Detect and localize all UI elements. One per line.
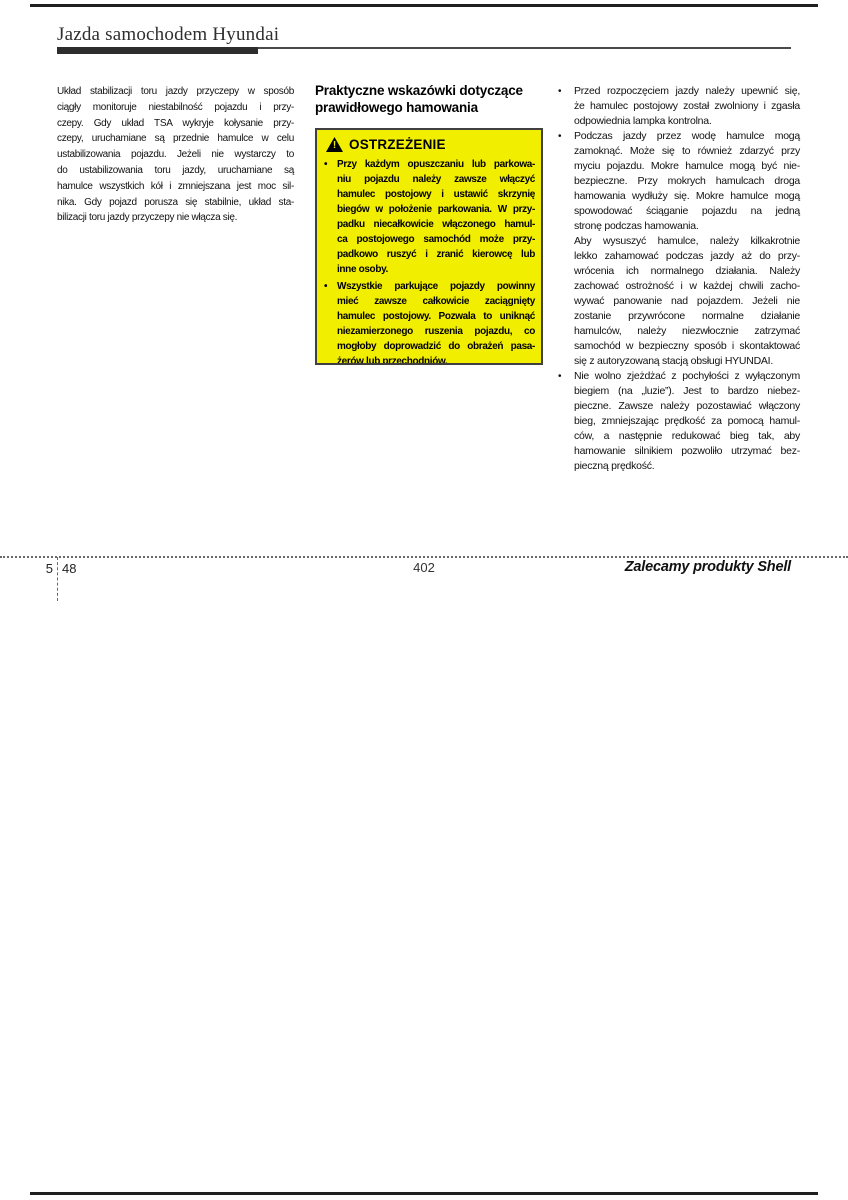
text-line: hamowanie silnikiem pozwoliło utrzymać b… bbox=[574, 444, 800, 459]
text-line: Aby wysuszyć hamulce, należy kilkakrotni… bbox=[574, 234, 800, 249]
item-text: Wszystkie parkujące pojazdy powinnymieć … bbox=[337, 279, 535, 365]
text-line: czepy. Gdy układ TSA wykryje kołysanie p… bbox=[57, 116, 294, 132]
text-line: bieg, zmniejszając prędkość za pomocą ha… bbox=[574, 414, 800, 429]
text-line: ciągły monitoruje niestabilność pojazdu … bbox=[57, 100, 294, 116]
text-line: ców, a następnie redukować bieg tak, aby bbox=[574, 429, 800, 444]
text-line: niu pojazdu należy zawsze włączyć bbox=[337, 172, 535, 187]
text-line: Nie wolno zjeżdżać z pochyłości z wyłącz… bbox=[574, 369, 800, 384]
text-line: czepy, uruchamiane są przednie hamulce w… bbox=[57, 131, 294, 147]
text-line: Praktyczne wskazówki dotyczące bbox=[315, 82, 543, 99]
text-line: wrócenia ich normalnego działania. Należ… bbox=[574, 264, 800, 279]
warning-title-row: ! OSTRZEŻENIE bbox=[326, 137, 535, 152]
right-text-column: •Przed rozpoczęciem jazdy należy upewnić… bbox=[558, 84, 800, 474]
item-text: Podczas jazdy przez wodę hamulce mogązam… bbox=[574, 129, 800, 234]
warning-title: OSTRZEŻENIE bbox=[349, 137, 446, 152]
bullet-icon: • bbox=[558, 129, 574, 234]
text-line: samochód w bezpieczny sposób i skontakto… bbox=[574, 339, 800, 354]
header-thick-rule bbox=[57, 47, 258, 54]
bullet-list-item: •Podczas jazdy przez wodę hamulce mogąza… bbox=[558, 129, 800, 234]
text-line: zamoknąć. Może się to również zdarzyć pr… bbox=[574, 144, 800, 159]
exclamation-glyph: ! bbox=[326, 139, 343, 152]
text-line: Przed rozpoczęciem jazdy należy upewnić … bbox=[574, 84, 800, 99]
text-line: żerów lub przechodniów. bbox=[337, 354, 535, 365]
text-line: że hamulec postojowy został zwolniony i … bbox=[574, 99, 800, 114]
bottom-border-rule bbox=[30, 1192, 818, 1195]
text-line: padku niecałkowicie włączonego hamul- bbox=[337, 217, 535, 232]
text-line: pieczne. Zawsze należy pozostawiać włącz… bbox=[574, 399, 800, 414]
text-line: spowodować ściąganie pojazdu na jedną bbox=[574, 204, 800, 219]
warning-box: ! OSTRZEŻENIE •Przy każdym opuszczaniu l… bbox=[315, 128, 543, 365]
text-line: biegów w położenie parkowania. W przy- bbox=[337, 202, 535, 217]
text-line: bilizacji toru jazdy przyczepy nie włącz… bbox=[57, 210, 294, 226]
bullet-icon: • bbox=[558, 369, 574, 474]
text-line: biegiem (na „luzie”). Jest to bardzo nie… bbox=[574, 384, 800, 399]
text-line: lekko zahamować podczas jazdy aż do przy… bbox=[574, 249, 800, 264]
text-line: Układ stabilizacji toru jazdy przyczepy … bbox=[57, 84, 294, 100]
section-heading: Praktyczne wskazówki dotycząceprawidłowe… bbox=[315, 82, 543, 116]
bullet-spacer bbox=[558, 234, 574, 369]
bullet-list-item: •Wszystkie parkujące pojazdy powinnymieć… bbox=[324, 279, 535, 365]
footer-dotted-rule bbox=[0, 556, 848, 558]
item-text: Aby wysuszyć hamulce, należy kilkakrotni… bbox=[574, 234, 800, 369]
text-line: pieczną prędkość. bbox=[574, 459, 800, 474]
item-text: Nie wolno zjeżdżać z pochyłości z wyłącz… bbox=[574, 369, 800, 474]
text-line: hamulce wszystkich kół i zmniejszana jes… bbox=[57, 179, 294, 195]
text-line: inne osoby. bbox=[337, 262, 535, 277]
text-line: zostanie przywrócone normalne działanie bbox=[574, 309, 800, 324]
text-line: odpowiednia lampka kontrolna. bbox=[574, 114, 800, 129]
text-line: bezpieczne. Przy mokrych hamulcach droga bbox=[574, 174, 800, 189]
text-line: hamulców, należy niezwłocznie zatrzymać bbox=[574, 324, 800, 339]
text-line: hamulec postojowy. Pozwala to uniknąć bbox=[337, 309, 535, 324]
text-line: nika. Gdy pojazd porusza się stabilnie, … bbox=[57, 195, 294, 211]
text-line: niezamierzonego ruszenia pojazdu, co bbox=[337, 324, 535, 339]
top-border-rule bbox=[30, 4, 818, 7]
warning-bullet-list: •Przy każdym opuszczaniu lub parkowa-niu… bbox=[324, 157, 535, 365]
bullet-icon: • bbox=[324, 157, 337, 277]
text-line: mieć zawsze całkowicie zaciągnięty bbox=[337, 294, 535, 309]
text-line: zachować ostrożność i w każdej chwili za… bbox=[574, 279, 800, 294]
bullet-list-item: •Nie wolno zjeżdżać z pochyłości z wyłąc… bbox=[558, 369, 800, 474]
text-line: Wszystkie parkujące pojazdy powinny bbox=[337, 279, 535, 294]
paragraph-item: Aby wysuszyć hamulce, należy kilkakrotni… bbox=[558, 234, 800, 369]
footer-slogan: Zalecamy produkty Shell bbox=[625, 559, 791, 575]
page-header-title: Jazda samochodem Hyundai bbox=[57, 24, 557, 46]
item-text: Przy każdym opuszczaniu lub parkowa-niu … bbox=[337, 157, 535, 277]
text-line: padkowo ruszyć i zranić kierowcę lub bbox=[337, 247, 535, 262]
item-text: Przed rozpoczęciem jazdy należy upewnić … bbox=[574, 84, 800, 129]
text-line: się z autoryzowaną stacją obsługi HYUNDA… bbox=[574, 354, 800, 369]
text-line: prawidłowego hamowania bbox=[315, 99, 543, 116]
bullet-icon: • bbox=[324, 279, 337, 365]
manual-page: Jazda samochodem Hyundai Układ stabiliza… bbox=[0, 0, 848, 1200]
warning-triangle-icon: ! bbox=[326, 137, 343, 152]
text-line: do ustabilizowania toru jazdy, uruchamia… bbox=[57, 163, 294, 179]
text-line: hamulec postojowy i ustawić skrzynię bbox=[337, 187, 535, 202]
text-line: ustabilizowania pojazdu. Jeżeli nie wyst… bbox=[57, 147, 294, 163]
text-line: wywać panowanie nad pojazdem. Jeżeli nie bbox=[574, 294, 800, 309]
text-line: stronę podczas hamowania. bbox=[574, 219, 800, 234]
bullet-list-item: •Przed rozpoczęciem jazdy należy upewnić… bbox=[558, 84, 800, 129]
text-line: hamowania wydłuży się. Mokre hamulce mog… bbox=[574, 189, 800, 204]
left-text-column: Układ stabilizacji toru jazdy przyczepy … bbox=[57, 84, 294, 226]
text-line: myciu pojazdu. Mokre hamulce mogą być ni… bbox=[574, 159, 800, 174]
bullet-icon: • bbox=[558, 84, 574, 129]
text-line: Podczas jazdy przez wodę hamulce mogą bbox=[574, 129, 800, 144]
bullet-list-item: •Przy każdym opuszczaniu lub parkowa-niu… bbox=[324, 157, 535, 277]
text-line: ca postojowego samochód może przy- bbox=[337, 232, 535, 247]
text-line: mogłoby doprowadzić do obrażeń pasa- bbox=[337, 339, 535, 354]
middle-column: Praktyczne wskazówki dotycząceprawidłowe… bbox=[315, 82, 543, 116]
text-line: Przy każdym opuszczaniu lub parkowa- bbox=[337, 157, 535, 172]
